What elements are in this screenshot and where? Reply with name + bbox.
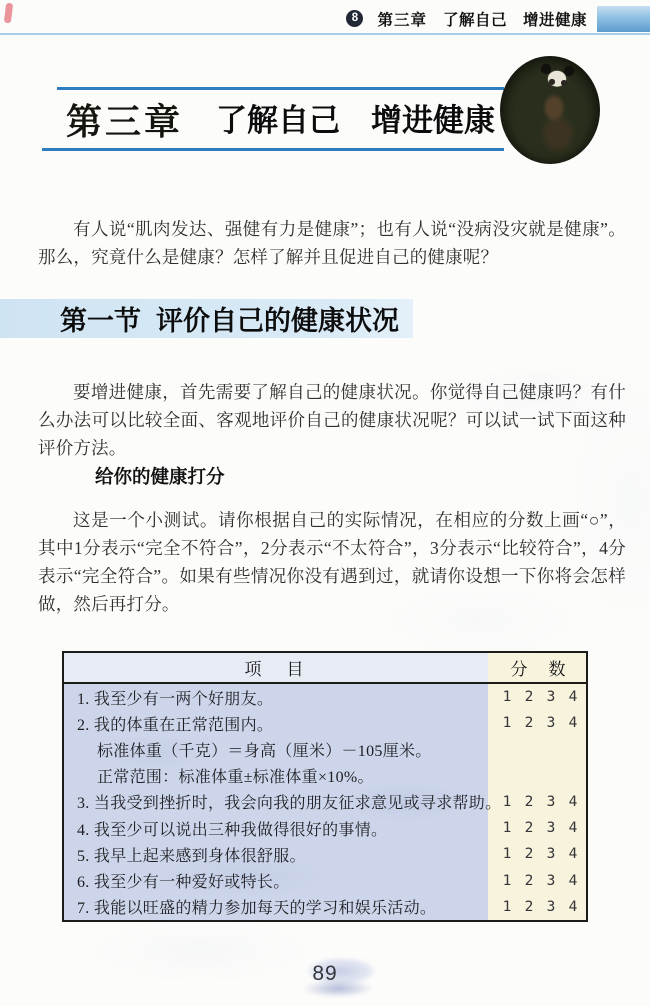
row-text: 3. 当我受到挫折时，我会向我的朋友征求意见或寻求帮助。: [64, 790, 488, 813]
scoring-heading: 给你的健康打分: [95, 463, 225, 489]
table-row: 3. 当我受到挫折时，我会向我的朋友征求意见或寻求帮助。1234: [64, 789, 586, 815]
print-artifact: [4, 3, 13, 24]
header-rule: [0, 33, 650, 35]
score-option: 3: [540, 873, 562, 889]
textbook-page: 8 第三章 了解自己 增进健康 第三章 了解自己 增进健康 有人说“肌肉发达、强…: [0, 0, 650, 1006]
row-scores: 1234: [488, 689, 586, 705]
score-option: 3: [540, 715, 562, 731]
row-text: 标准体重（千克）＝身高（厘米）－105厘米。: [64, 738, 488, 761]
running-head-title: 了解自己 增进健康: [443, 8, 587, 30]
row-text: 1. 我至少有一两个好朋友。: [64, 686, 488, 709]
score-option: 1: [496, 794, 518, 810]
table-row: 1. 我至少有一两个好朋友。1234: [64, 684, 586, 710]
score-option: 3: [540, 820, 562, 836]
row-text: 4. 我至少可以说出三种我做得很好的事情。: [64, 817, 488, 840]
row-scores: 1234: [488, 899, 586, 915]
section-title: 评价自己的健康状况: [156, 299, 399, 338]
chapter-label: 第三章: [66, 104, 183, 140]
table-row: 正常范围：标准体重±标准体重×10%。: [64, 763, 586, 789]
score-option: 2: [518, 689, 540, 705]
table-row: 标准体重（千克）＝身高（厘米）－105厘米。: [64, 736, 586, 762]
table-header-item: 项 目: [64, 653, 488, 682]
row-text: 5. 我早上起来感到身体很舒服。: [64, 843, 488, 866]
section-banner: 第一节 评价自己的健康状况: [0, 299, 413, 338]
score-option: 3: [540, 846, 562, 862]
scoring-instructions: 这是一个小测试。请你根据自己的实际情况，在相应的分数上画“○”，其中1分表示“完…: [38, 506, 626, 618]
score-option: 2: [518, 794, 540, 810]
row-scores: 1234: [488, 846, 586, 862]
row-text: 6. 我至少有一种爱好或特长。: [64, 869, 488, 892]
section-number: 第一节: [60, 299, 141, 338]
score-option: 4: [562, 873, 584, 889]
score-option: 1: [496, 846, 518, 862]
score-option: 4: [562, 899, 584, 915]
score-option: 3: [540, 794, 562, 810]
intro-paragraph: 有人说“肌肉发达、强健有力是健康”；也有人说“没病没灾就是健康”。那么，究竟什么…: [38, 215, 626, 271]
panda-photo: [500, 56, 600, 164]
score-option: 1: [496, 873, 518, 889]
running-head-chapter: 第三章: [377, 8, 427, 30]
score-option: 3: [540, 899, 562, 915]
row-scores: 1234: [488, 794, 586, 810]
health-score-table: 项 目 分 数 1. 我至少有一两个好朋友。12342. 我的体重在正常范围内。…: [62, 651, 588, 922]
score-option: 4: [562, 846, 584, 862]
row-text: 2. 我的体重在正常范围内。: [64, 712, 488, 735]
score-option: 2: [518, 846, 540, 862]
row-text: 7. 我能以旺盛的精力参加每天的学习和娱乐活动。: [64, 895, 488, 918]
score-option: 2: [518, 715, 540, 731]
score-option: 1: [496, 715, 518, 731]
table-row: 2. 我的体重在正常范围内。1234: [64, 710, 586, 736]
score-option: 1: [496, 689, 518, 705]
score-option: 2: [518, 873, 540, 889]
table-row: 5. 我早上起来感到身体很舒服。1234: [64, 841, 586, 867]
score-option: 4: [562, 715, 584, 731]
table-header-row: 项 目 分 数: [64, 653, 586, 684]
section-paragraph: 要增进健康，首先需要了解自己的健康状况。你觉得自己健康吗？有什么办法可以比较全面…: [38, 378, 626, 462]
page-number-badge: 8: [346, 10, 363, 27]
row-text: 正常范围：标准体重±标准体重×10%。: [64, 764, 488, 787]
table-row: 7. 我能以旺盛的精力参加每天的学习和娱乐活动。1234: [64, 894, 586, 920]
score-option: 1: [496, 820, 518, 836]
table-row: 4. 我至少可以说出三种我做得很好的事情。1234: [64, 815, 586, 841]
score-option: 4: [562, 794, 584, 810]
header-corner-block: [597, 6, 650, 32]
score-option: 4: [562, 820, 584, 836]
score-option: 2: [518, 899, 540, 915]
row-scores: 1234: [488, 820, 586, 836]
chapter-title: 了解自己 增进健康: [216, 105, 495, 136]
score-table-body: 1. 我至少有一两个好朋友。12342. 我的体重在正常范围内。1234标准体重…: [64, 684, 586, 920]
running-head: 8 第三章 了解自己 增进健康: [346, 5, 650, 32]
row-scores: 1234: [488, 873, 586, 889]
score-option: 3: [540, 689, 562, 705]
chapter-rule-top: [57, 87, 504, 90]
score-option: 4: [562, 689, 584, 705]
row-scores: 1234: [488, 715, 586, 731]
table-row: 6. 我至少有一种爱好或特长。1234: [64, 868, 586, 894]
score-option: 1: [496, 899, 518, 915]
page-number: 89: [0, 962, 650, 986]
chapter-rule-bottom: [42, 148, 504, 151]
table-header-score: 分 数: [488, 653, 586, 682]
score-option: 2: [518, 820, 540, 836]
